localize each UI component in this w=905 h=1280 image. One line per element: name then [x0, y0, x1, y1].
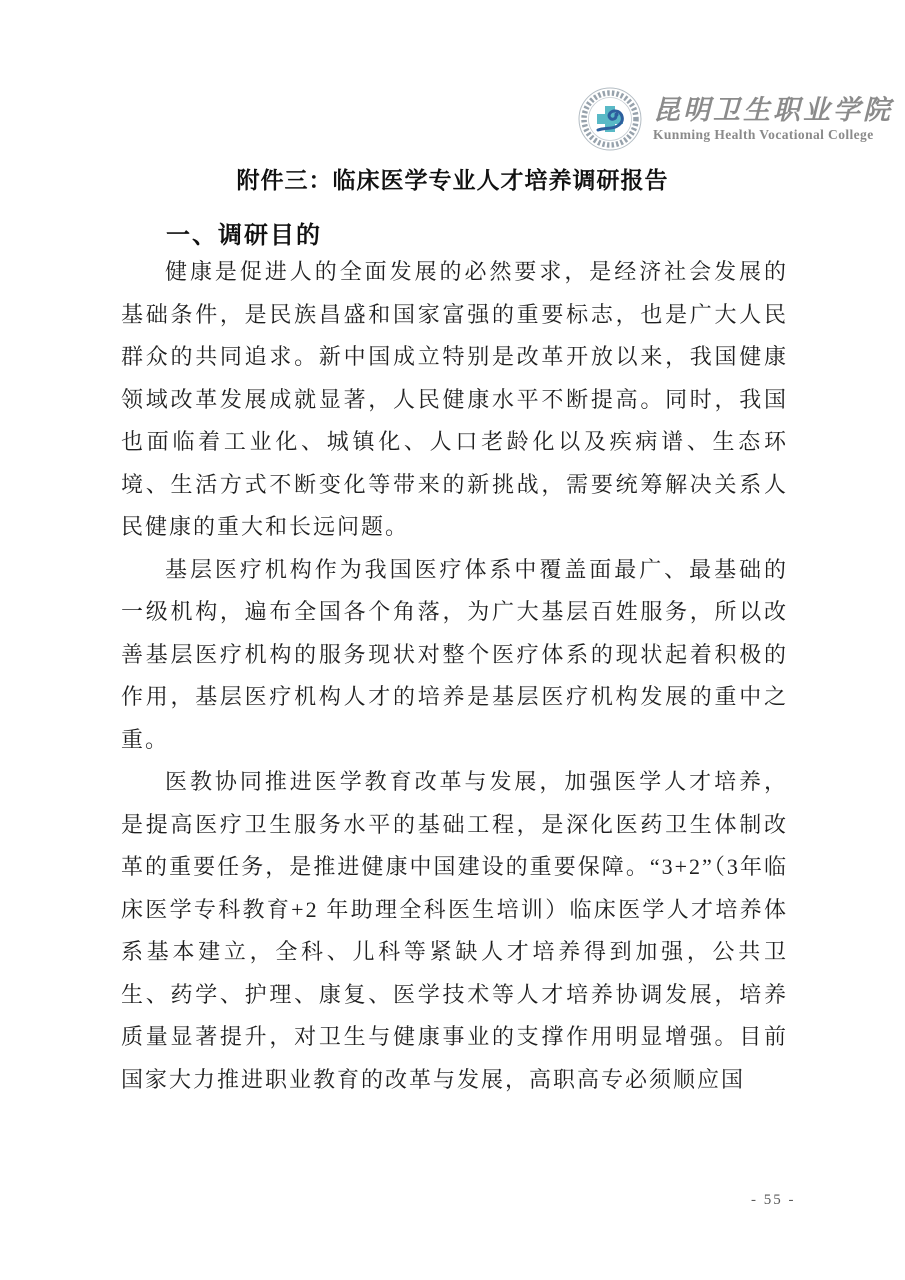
college-logo: 昆明卫生职业学院 Kunming Health Vocational Colle…: [576, 85, 893, 153]
paragraph-3: 医教协同推进医学教育改革与发展，加强医学人才培养，是提高医疗卫生服务水平的基础工…: [121, 761, 788, 1101]
paragraph-1: 健康是促进人的全面发展的必然要求，是经济社会发展的基础条件，是民族昌盛和国家富强…: [121, 251, 788, 549]
document-title: 附件三：临床医学专业人才培养调研报告: [0, 162, 905, 195]
document-body: 健康是促进人的全面发展的必然要求，是经济社会发展的基础条件，是民族昌盛和国家富强…: [121, 251, 788, 1101]
document-page: 昆明卫生职业学院 Kunming Health Vocational Colle…: [0, 0, 905, 1280]
section-heading: 一、调研目的: [166, 215, 322, 250]
college-seal-icon: [576, 85, 644, 153]
college-logo-text: 昆明卫生职业学院 Kunming Health Vocational Colle…: [653, 94, 893, 144]
college-name-zh: 昆明卫生职业学院: [653, 94, 893, 126]
paragraph-2: 基层医疗机构作为我国医疗体系中覆盖面最广、最基础的一级机构，遍布全国各个角落，为…: [121, 549, 788, 762]
college-name-en: Kunming Health Vocational College: [653, 126, 893, 144]
page-number: - 55 -: [751, 1192, 796, 1209]
